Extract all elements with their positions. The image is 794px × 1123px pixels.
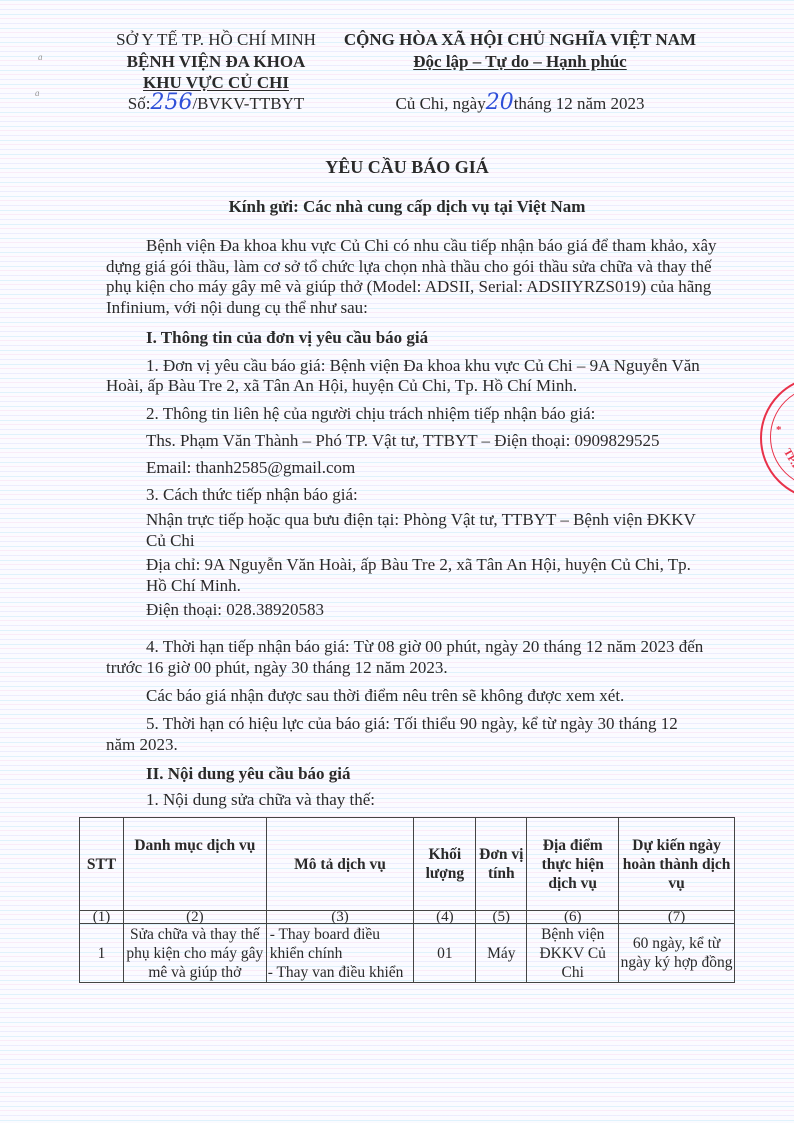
recipient: Kính gửi: Các nhà cung cấp dịch vụ tại V… bbox=[100, 197, 714, 218]
seal-star: * bbox=[776, 424, 782, 436]
late-note: Các báo giá nhận được sau thời điểm nêu … bbox=[146, 686, 624, 707]
cell-stt: 1 bbox=[80, 924, 124, 983]
deadline-line1: 4. Thời hạn tiếp nhận báo giá: Từ 08 giờ… bbox=[146, 637, 703, 658]
intro-line: dựng giá gói thầu, làm cơ sở tổ chức lựa… bbox=[106, 257, 720, 278]
intro-paragraph: Bệnh viện Đa khoa khu vực Củ Chi có nhu … bbox=[106, 236, 720, 318]
intro-line: Bệnh viện Đa khoa khu vực Củ Chi có nhu … bbox=[106, 236, 720, 257]
header-unit: Đơn vị tính bbox=[476, 818, 527, 911]
hospital-name-line2: KHU VỰC CỦ CHI bbox=[100, 73, 332, 94]
official-seal-stamp: SỞ BỆ * TP.HỒ bbox=[760, 376, 794, 500]
cell-location: Bệnh viện ĐKKV Củ Chi bbox=[527, 924, 619, 983]
national-motto: Độc lập – Tự do – Hạnh phúc bbox=[330, 52, 710, 73]
description-line: - Thay board điều khiển chính bbox=[268, 925, 413, 963]
column-number: (6) bbox=[527, 911, 619, 924]
doc-number-prefix: Số: bbox=[128, 94, 151, 113]
cell-completion: 60 ngày, kể từ ngày ký hợp đồng bbox=[619, 924, 735, 983]
seal-inner-ring bbox=[770, 386, 794, 488]
header-location: Địa điểm thực hiện dịch vụ bbox=[527, 818, 619, 911]
header-stt: STT bbox=[80, 818, 124, 911]
margin-mark: ɑ bbox=[35, 88, 40, 98]
description-line: - Thay van điều khiển bbox=[268, 963, 413, 982]
table-header-row: STT Danh mục dịch vụ Mô tả dịch vụ Khối … bbox=[80, 818, 735, 911]
section-1-heading: I. Thông tin của đơn vị yêu cầu báo giá bbox=[146, 328, 428, 349]
date-suffix: tháng 12 năm 2023 bbox=[514, 94, 645, 113]
requester-line1: 1. Đơn vị yêu cầu báo giá: Bệnh viện Đa … bbox=[146, 356, 700, 377]
header-service: Danh mục dịch vụ bbox=[123, 818, 266, 911]
hospital-name-line1: BỆNH VIỆN ĐA KHOA bbox=[100, 52, 332, 73]
cell-service: Sửa chữa và thay thế phụ kiện cho máy gâ… bbox=[123, 924, 266, 983]
intro-line: phụ kiện cho máy gây mê và giúp thở (Mod… bbox=[106, 277, 720, 298]
cell-quantity: 01 bbox=[414, 924, 476, 983]
service-table: STT Danh mục dịch vụ Mô tả dịch vụ Khối … bbox=[79, 817, 735, 983]
contact-person: Ths. Phạm Văn Thành – Phó TP. Vật tư, TT… bbox=[146, 431, 660, 452]
cell-description: - Thay board điều khiển chính - Thay van… bbox=[266, 924, 414, 983]
column-number: (5) bbox=[476, 911, 527, 924]
nation-title: CỘNG HÒA XÃ HỘI CHỦ NGHĨA VIỆT NAM bbox=[330, 30, 710, 51]
column-number: (4) bbox=[414, 911, 476, 924]
header-quantity: Khối lượng bbox=[414, 818, 476, 911]
header-description: Mô tả dịch vụ bbox=[266, 818, 414, 911]
deadline-line2: trước 16 giờ 00 phút, ngày 30 tháng 12 n… bbox=[106, 658, 448, 679]
validity-line1: 5. Thời hạn có hiệu lực của báo giá: Tối… bbox=[146, 714, 678, 735]
doc-number-suffix: /BVKV-TTBYT bbox=[192, 94, 304, 113]
office-phone: Điện thoại: 028.38920583 bbox=[146, 600, 324, 621]
address-line2: Hồ Chí Minh. bbox=[146, 576, 241, 597]
section-2-sub1: 1. Nội dung sửa chữa và thay thế: bbox=[146, 790, 375, 811]
contact-email: Email: thanh2585@gmail.com bbox=[146, 458, 355, 479]
column-number: (2) bbox=[123, 911, 266, 924]
document-date: Củ Chi, ngày20tháng 12 năm 2023 bbox=[330, 93, 710, 115]
ministry-name: SỞ Y TẾ TP. HỒ CHÍ MINH bbox=[100, 30, 332, 51]
table-row: 1 Sửa chữa và thay thế phụ kiện cho máy … bbox=[80, 924, 735, 983]
column-number-row: (1) (2) (3) (4) (5) (6) (7) bbox=[80, 911, 735, 924]
header-completion: Dự kiến ngày hoàn thành dịch vụ bbox=[619, 818, 735, 911]
receive-method-heading: 3. Cách thức tiếp nhận báo giá: bbox=[146, 485, 358, 506]
date-prefix: Củ Chi, ngày bbox=[396, 94, 486, 113]
handwritten-day: 20 bbox=[486, 93, 514, 114]
column-number: (7) bbox=[619, 911, 735, 924]
document-title: YÊU CẦU BÁO GIÁ bbox=[100, 157, 714, 178]
validity-line2: năm 2023. bbox=[106, 735, 178, 756]
requester-line2: Hoài, ấp Bàu Tre 2, xã Tân An Hội, huyện… bbox=[106, 376, 577, 397]
handwritten-number: 256 bbox=[150, 93, 192, 114]
intro-line: Infinium, với nội dung cụ thể như sau: bbox=[106, 298, 720, 319]
receive-method-line1: Nhận trực tiếp hoặc qua bưu điện tại: Ph… bbox=[146, 510, 696, 531]
cell-unit: Máy bbox=[476, 924, 527, 983]
column-number: (1) bbox=[80, 911, 124, 924]
receive-method-line2: Củ Chi bbox=[146, 531, 195, 552]
section-2-heading: II. Nội dung yêu cầu báo giá bbox=[146, 764, 351, 785]
contact-heading: 2. Thông tin liên hệ của người chịu trác… bbox=[146, 404, 595, 425]
address-line1: Địa chỉ: 9A Nguyễn Văn Hoài, ấp Bàu Tre … bbox=[146, 555, 691, 576]
column-number: (3) bbox=[266, 911, 414, 924]
margin-mark: ɑ bbox=[38, 52, 43, 62]
document-number: Số:256/BVKV-TTBYT bbox=[100, 93, 332, 115]
